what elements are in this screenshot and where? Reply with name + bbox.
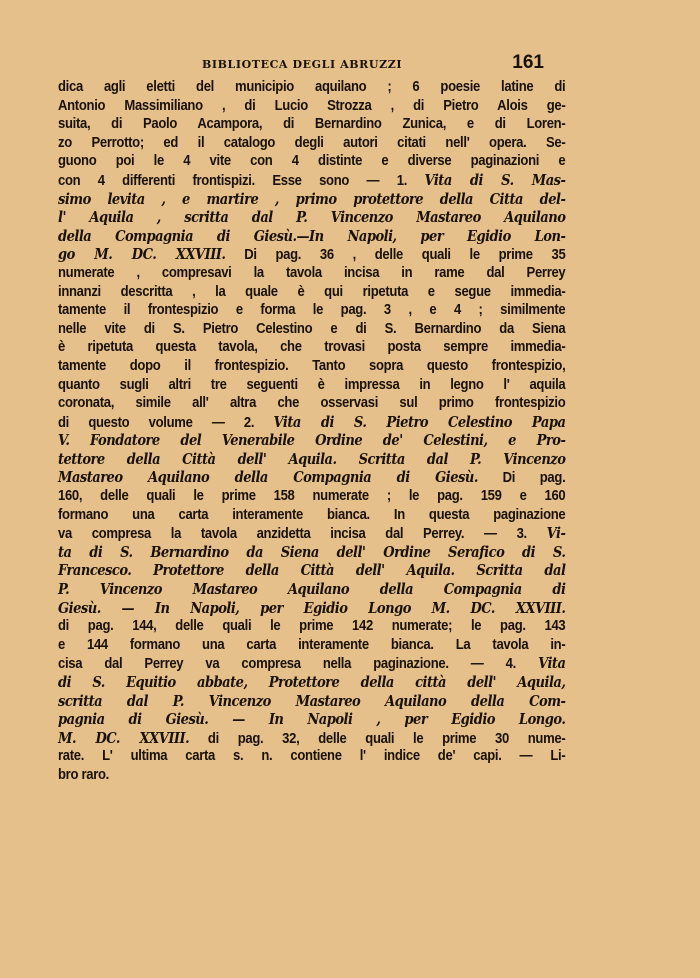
text-line: è ripetuta questa tavola, che trovasi po… bbox=[58, 338, 565, 357]
roman-segment: e 144 formano una carta interamente bian… bbox=[58, 636, 565, 653]
text-line: e 144 formano una carta interamente bian… bbox=[58, 636, 565, 655]
roman-segment: tamente dopo il frontespizio. Tanto sopr… bbox=[58, 357, 565, 374]
text-line: Antonio Massimiliano , di Lucio Strozza … bbox=[58, 97, 565, 116]
roman-segment: dica agli eletti del municipio aquilano … bbox=[58, 78, 565, 95]
text-line: coronata, simile all' altra che osservas… bbox=[58, 394, 565, 413]
text-line: nelle vite di S. Pietro Celestino e di S… bbox=[58, 320, 565, 339]
roman-segment: formano una carta interamente bianca. In… bbox=[58, 506, 565, 523]
roman-segment: con 4 differenti frontispizi. Esse sono … bbox=[58, 172, 424, 189]
italic-segment: go M. DC. XXVIII. bbox=[58, 245, 225, 263]
italic-segment: Vita di S. Pietro Celestino Papa bbox=[274, 413, 566, 431]
roman-segment: innanzi descritta , la quale è qui ripet… bbox=[58, 283, 565, 300]
text-line: va compresa la tavola anzidetta incisa d… bbox=[58, 524, 565, 543]
text-line: simo levita , e martire , primo protetto… bbox=[58, 190, 565, 209]
italic-segment: tettore della Città dell' Aquila. Scritt… bbox=[58, 450, 565, 468]
italic-segment: di S. Equitio abbate, Protettore della c… bbox=[58, 673, 565, 691]
roman-segment: Di pag. 36 , delle quali le prime 35 bbox=[225, 246, 565, 263]
body-text: dica agli eletti del municipio aquilano … bbox=[58, 78, 566, 785]
italic-segment: Vi- bbox=[547, 524, 566, 542]
text-line: l' Aquila , scritta dal P. Vincenzo Mast… bbox=[58, 208, 565, 227]
text-line: quanto sugli altri tre seguenti è impres… bbox=[58, 376, 565, 395]
running-head: BIBLIOTECA DEGLI ABRUZZI 161 bbox=[58, 52, 566, 76]
roman-segment: numerate , compresavi la tavola incisa i… bbox=[58, 264, 565, 281]
text-line: innanzi descritta , la quale è qui ripet… bbox=[58, 283, 565, 302]
text-line: di S. Equitio abbate, Protettore della c… bbox=[58, 673, 565, 692]
text-line: Giesù. — In Napoli, per Egidio Longo M. … bbox=[58, 599, 565, 618]
roman-segment: coronata, simile all' altra che osservas… bbox=[58, 394, 565, 411]
text-line: V. Fondatore del Venerabile Ordine de' C… bbox=[58, 431, 565, 450]
italic-segment: l' Aquila , scritta dal P. Vincenzo Mast… bbox=[58, 208, 565, 226]
italic-segment: Mastareo Aquilano della Compagnia di Gie… bbox=[58, 468, 478, 486]
text-line: M. DC. XXVIII. di pag. 32, delle quali l… bbox=[58, 729, 565, 748]
text-line: della Compagnia di Giesù.—In Napoli, per… bbox=[58, 227, 565, 246]
roman-segment: va compresa la tavola anzidetta incisa d… bbox=[58, 525, 547, 542]
text-line: dica agli eletti del municipio aquilano … bbox=[58, 78, 565, 97]
text-line: con 4 differenti frontispizi. Esse sono … bbox=[58, 171, 565, 190]
text-line: Mastareo Aquilano della Compagnia di Gie… bbox=[58, 468, 565, 487]
roman-segment: zo Perrotto; ed il catalogo degli autori… bbox=[58, 134, 565, 151]
italic-segment: Vita bbox=[538, 654, 565, 672]
italic-segment: Giesù. — In Napoli, per Egidio Longo M. … bbox=[58, 599, 565, 617]
roman-segment: Di pag. bbox=[478, 469, 566, 486]
text-line: zo Perrotto; ed il catalogo degli autori… bbox=[58, 134, 565, 153]
roman-segment: rate. L' ultima carta s. n. contiene l' … bbox=[58, 747, 565, 764]
roman-segment: suita, di Paolo Acampora, di Bernardino … bbox=[58, 115, 565, 132]
text-line: ta di S. Bernardino da Siena dell' Ordin… bbox=[58, 543, 565, 562]
roman-segment: guono poi le 4 vite con 4 distinte e div… bbox=[58, 152, 565, 169]
text-line: numerate , compresavi la tavola incisa i… bbox=[58, 264, 565, 283]
roman-segment: di questo volume — 2. bbox=[58, 414, 274, 431]
page-number: 161 bbox=[512, 52, 544, 74]
text-line: scritta dal P. Vincenzo Mastareo Aquilan… bbox=[58, 692, 565, 711]
text-line: di questo volume — 2. Vita di S. Pietro … bbox=[58, 413, 565, 432]
roman-segment: 160, delle quali le prime 158 numerate ;… bbox=[58, 487, 565, 504]
roman-segment: nelle vite di S. Pietro Celestino e di S… bbox=[58, 320, 565, 337]
text-line: formano una carta interamente bianca. In… bbox=[58, 506, 565, 525]
text-line: bro raro. bbox=[58, 766, 565, 785]
text-line: pagnia di Giesù. — In Napoli , per Egidi… bbox=[58, 710, 565, 729]
italic-segment: scritta dal P. Vincenzo Mastareo Aquilan… bbox=[58, 692, 565, 710]
text-line: di pag. 144, delle quali le prime 142 nu… bbox=[58, 617, 565, 636]
italic-segment: P. Vincenzo Mastareo Aquilano della Comp… bbox=[58, 580, 565, 598]
text-line: guono poi le 4 vite con 4 distinte e div… bbox=[58, 152, 565, 171]
text-line: cisa dal Perrey va compresa nella pagina… bbox=[58, 654, 565, 673]
roman-segment: Antonio Massimiliano , di Lucio Strozza … bbox=[58, 97, 565, 114]
roman-segment: è ripetuta questa tavola, che trovasi po… bbox=[58, 338, 565, 355]
roman-segment: di pag. 32, delle quali le prime 30 nume… bbox=[189, 730, 565, 747]
italic-segment: Vita di S. Mas- bbox=[424, 171, 565, 189]
italic-segment: Francesco. Protettore della Città dell' … bbox=[58, 561, 565, 579]
text-line: suita, di Paolo Acampora, di Bernardino … bbox=[58, 115, 565, 134]
text-line: tamente il frontespizio e forma le pag. … bbox=[58, 301, 565, 320]
italic-segment: M. DC. XXVIII. bbox=[58, 729, 189, 747]
roman-segment: quanto sugli altri tre seguenti è impres… bbox=[58, 376, 565, 393]
italic-segment: della Compagnia di Giesù.—In Napoli, per… bbox=[58, 227, 565, 245]
roman-segment: cisa dal Perrey va compresa nella pagina… bbox=[58, 655, 538, 672]
text-line: rate. L' ultima carta s. n. contiene l' … bbox=[58, 747, 565, 766]
text-line: 160, delle quali le prime 158 numerate ;… bbox=[58, 487, 565, 506]
roman-segment: bro raro. bbox=[58, 766, 109, 783]
running-title: BIBLIOTECA DEGLI ABRUZZI bbox=[202, 58, 402, 71]
text-line: go M. DC. XXVIII. Di pag. 36 , delle qua… bbox=[58, 245, 565, 264]
italic-segment: pagnia di Giesù. — In Napoli , per Egidi… bbox=[58, 710, 565, 728]
text-line: P. Vincenzo Mastareo Aquilano della Comp… bbox=[58, 580, 565, 599]
text-line: tettore della Città dell' Aquila. Scritt… bbox=[58, 450, 565, 469]
text-line: tamente dopo il frontespizio. Tanto sopr… bbox=[58, 357, 565, 376]
text-line: Francesco. Protettore della Città dell' … bbox=[58, 561, 565, 580]
italic-segment: simo levita , e martire , primo protetto… bbox=[58, 190, 565, 208]
roman-segment: di pag. 144, delle quali le prime 142 nu… bbox=[58, 617, 565, 634]
book-page: BIBLIOTECA DEGLI ABRUZZI 161 dica agli e… bbox=[58, 52, 566, 785]
italic-segment: V. Fondatore del Venerabile Ordine de' C… bbox=[58, 431, 565, 449]
roman-segment: tamente il frontespizio e forma le pag. … bbox=[58, 301, 565, 318]
italic-segment: ta di S. Bernardino da Siena dell' Ordin… bbox=[58, 543, 565, 561]
